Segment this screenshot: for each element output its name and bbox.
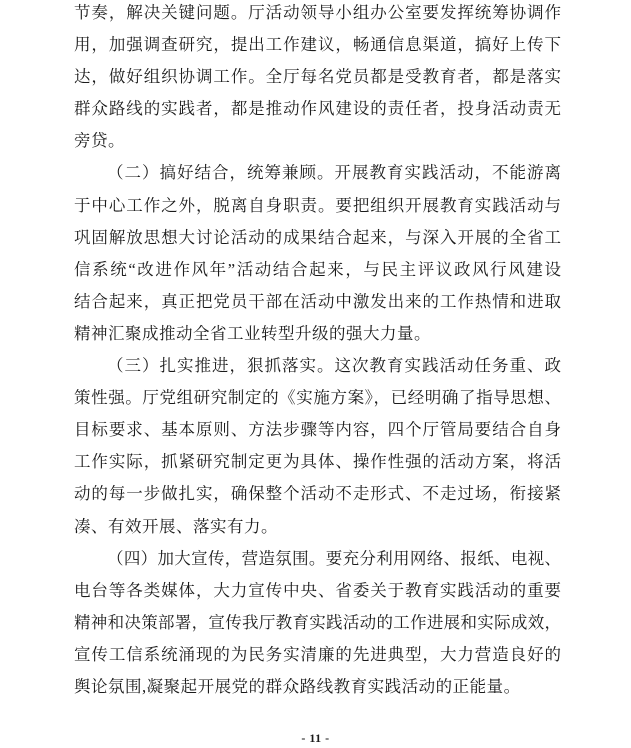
document-page: 节奏，解决关键问题。厅活动领导小组办公室要发挥统筹协调作用，加强调查研究，提出工… [0,0,631,748]
text-line: 旁贷。 [74,125,561,157]
text-line: （二）搞好结合，统筹兼顾。开展教育实践活动，不能游离 [74,157,561,189]
text-line: 节奏，解决关键问题。厅活动领导小组办公室要发挥统筹协调作 [74,0,561,29]
page-number: - 11 - [0,731,631,745]
text-line: （三）扎实推进，狠抓落实。这次教育实践活动任务重、政 [74,350,561,382]
text-line: 用，加强调查研究，提出工作建议，畅通信息渠道，搞好上传下 [74,29,561,61]
text-line: 群众路线的实践者，都是推动作风建设的责任者，投身活动责无 [74,93,561,125]
text-line: 舆论氛围,凝聚起开展党的群众路线教育实践活动的正能量。 [74,671,561,703]
text-line: 精神汇聚成推动全省工业转型升级的强大力量。 [74,318,561,350]
text-line: 达，做好组织协调工作。全厅每名党员都是受教育者，都是落实 [74,61,561,93]
text-line: 电台等各类媒体，大力宣传中央、省委关于教育实践活动的重要 [74,575,561,607]
document-body: 节奏，解决关键问题。厅活动领导小组办公室要发挥统筹协调作用，加强调查研究，提出工… [74,0,561,703]
text-line: 宣传工信系统涌现的为民务实清廉的先进典型，大力营造良好的 [74,639,561,671]
text-line: 策性强。厅党组研究制定的《实施方案》，已经明确了指导思想、 [74,382,561,414]
text-line: 巩固解放思想大讨论活动的成果结合起来，与深入开展的全省工 [74,222,561,254]
text-line: 信系统“改进作风年”活动结合起来，与民主评议政风行风建设 [74,254,561,286]
text-line: 工作实际，抓紧研究制定更为具体、操作性强的活动方案，将活 [74,446,561,478]
paragraph: （四）加大宣传，营造氛围。要充分利用网络、报纸、电视、电台等各类媒体，大力宣传中… [74,543,561,703]
text-line: 动的每一步做扎实，确保整个活动不走形式、不走过场，衔接紧 [74,478,561,510]
text-line: 精神和决策部署，宣传我厅教育实践活动的工作进展和实际成效， [74,607,561,639]
paragraph: 节奏，解决关键问题。厅活动领导小组办公室要发挥统筹协调作用，加强调查研究，提出工… [74,0,561,157]
text-line: （四）加大宣传，营造氛围。要充分利用网络、报纸、电视、 [74,543,561,575]
text-line: 结合起来，真正把党员干部在活动中激发出来的工作热情和进取 [74,286,561,318]
paragraph: （三）扎实推进，狠抓落实。这次教育实践活动任务重、政策性强。厅党组研究制定的《实… [74,350,561,543]
paragraph: （二）搞好结合，统筹兼顾。开展教育实践活动，不能游离于中心工作之外，脱离自身职责… [74,157,561,350]
text-line: 于中心工作之外，脱离自身职责。要把组织开展教育实践活动与 [74,190,561,222]
text-line: 目标要求、基本原则、方法步骤等内容，四个厅管局要结合自身 [74,414,561,446]
text-line: 凑、有效开展、落实有力。 [74,511,561,543]
